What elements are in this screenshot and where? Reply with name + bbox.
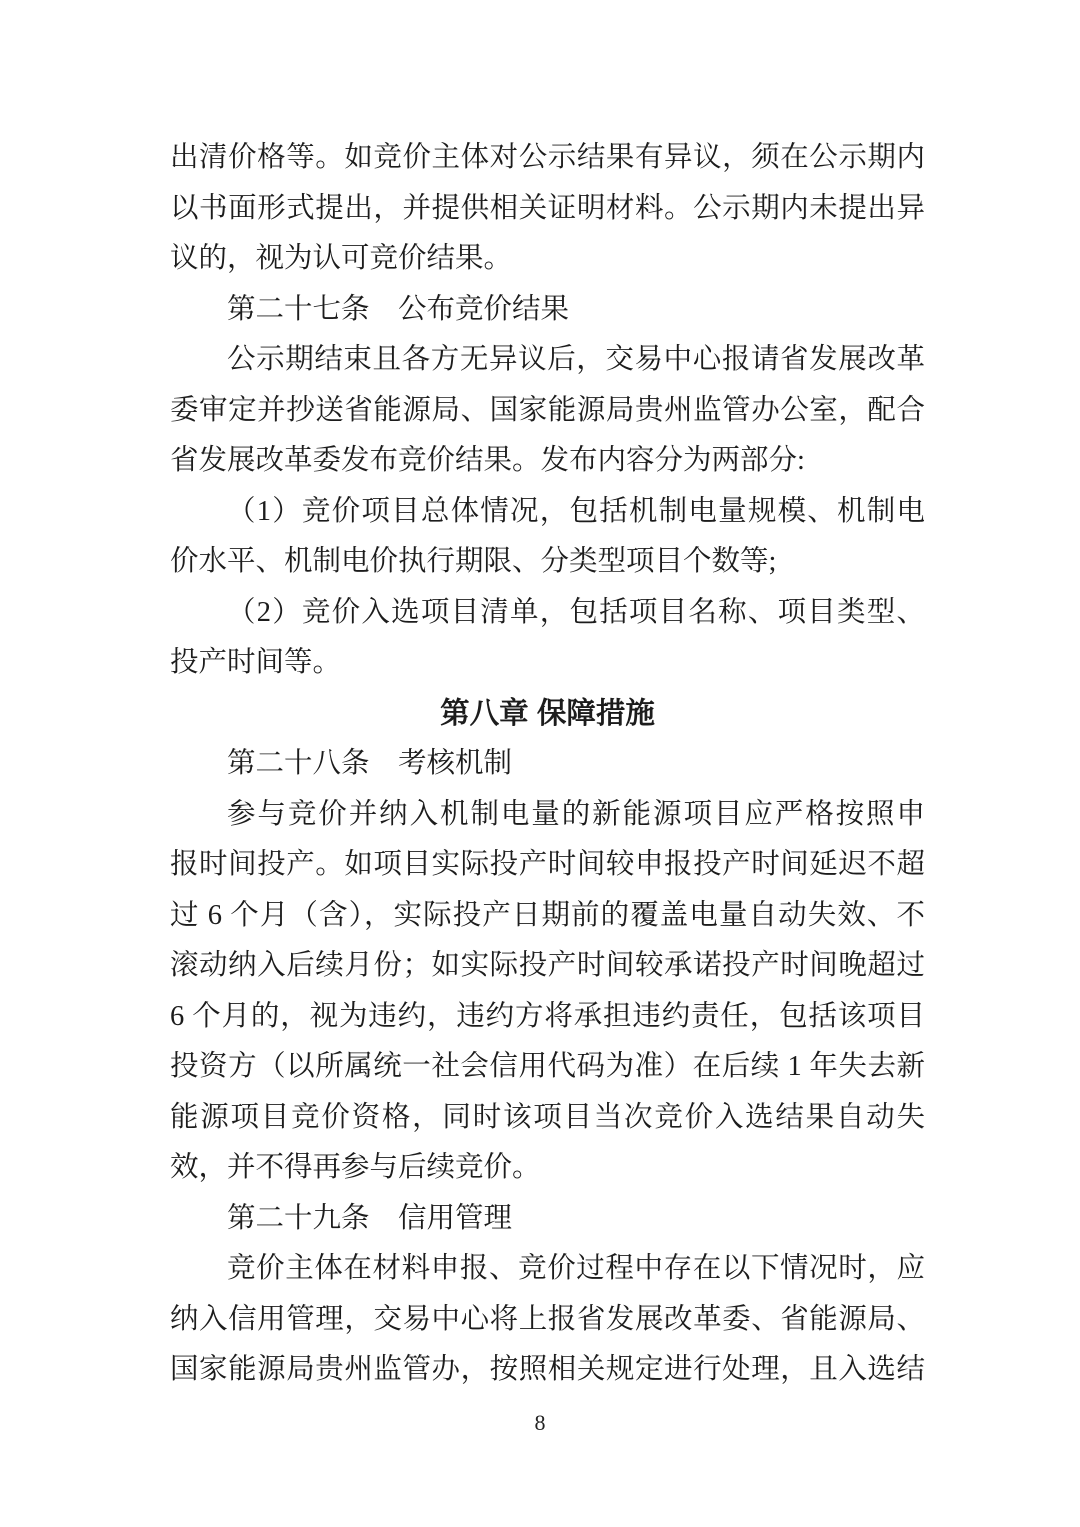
text-line: 公示期结束且各方无异议后，交易中心报请省发展改革 <box>170 335 925 386</box>
text-line: 滚动纳入后续月份；如实际投产时间较承诺投产时间晚超过 <box>170 941 925 992</box>
chapter-heading: 第八章 保障措施 <box>170 689 925 740</box>
text-line: 投产时间等。 <box>170 638 925 689</box>
text-line: 纳入信用管理，交易中心将上报省发展改革委、省能源局、 <box>170 1295 925 1346</box>
text-line: 投资方（以所属统一社会信用代码为准）在后续 1 年失去新 <box>170 1042 925 1093</box>
paragraph: 公示期结束且各方无异议后，交易中心报请省发展改革 委审定并抄送省能源局、国家能源… <box>170 335 925 487</box>
text-line: 参与竞价并纳入机制电量的新能源项目应严格按照申 <box>170 790 925 841</box>
article-heading-28: 第二十八条 考核机制 <box>170 739 925 790</box>
text-line: 竞价主体在材料申报、竞价过程中存在以下情况时，应 <box>170 1244 925 1295</box>
text-line: 能源项目竞价资格，同时该项目当次竞价入选结果自动失 <box>170 1093 925 1144</box>
text-line: （1）竞价项目总体情况，包括机制电量规模、机制电 <box>170 487 925 538</box>
document-page: 出清价格等。如竞价主体对公示结果有异议，须在公示期内 以书面形式提出，并提供相关… <box>0 0 1080 1527</box>
paragraph: 出清价格等。如竞价主体对公示结果有异议，须在公示期内 以书面形式提出，并提供相关… <box>170 133 925 285</box>
paragraph: （1）竞价项目总体情况，包括机制电量规模、机制电 价水平、机制电价执行期限、分类… <box>170 487 925 588</box>
paragraph: 参与竞价并纳入机制电量的新能源项目应严格按照申 报时间投产。如项目实际投产时间较… <box>170 790 925 1194</box>
text-line: 出清价格等。如竞价主体对公示结果有异议，须在公示期内 <box>170 133 925 184</box>
article-heading-27: 第二十七条 公布竞价结果 <box>170 285 925 336</box>
text-line: 议的，视为认可竞价结果。 <box>170 234 925 285</box>
text-line: 以书面形式提出，并提供相关证明材料。公示期内未提出异 <box>170 184 925 235</box>
text-line: 省发展改革委发布竞价结果。发布内容分为两部分: <box>170 436 925 487</box>
document-body: 出清价格等。如竞价主体对公示结果有异议，须在公示期内 以书面形式提出，并提供相关… <box>170 133 925 1396</box>
paragraph: 竞价主体在材料申报、竞价过程中存在以下情况时，应 纳入信用管理，交易中心将上报省… <box>170 1244 925 1396</box>
text-line: 效，并不得再参与后续竞价。 <box>170 1143 925 1194</box>
text-line: 国家能源局贵州监管办，按照相关规定进行处理，且入选结 <box>170 1345 925 1396</box>
text-line: 价水平、机制电价执行期限、分类型项目个数等; <box>170 537 925 588</box>
paragraph: （2）竞价入选项目清单，包括项目名称、项目类型、 投产时间等。 <box>170 588 925 689</box>
text-line: 6 个月的，视为违约，违约方将承担违约责任，包括该项目 <box>170 992 925 1043</box>
text-line: 报时间投产。如项目实际投产时间较申报投产时间延迟不超 <box>170 840 925 891</box>
text-line: （2）竞价入选项目清单，包括项目名称、项目类型、 <box>170 588 925 639</box>
article-heading-29: 第二十九条 信用管理 <box>170 1194 925 1245</box>
text-line: 过 6 个月（含），实际投产日期前的覆盖电量自动失效、不 <box>170 891 925 942</box>
page-number: 8 <box>0 1410 1080 1436</box>
text-line: 委审定并抄送省能源局、国家能源局贵州监管办公室，配合 <box>170 386 925 437</box>
